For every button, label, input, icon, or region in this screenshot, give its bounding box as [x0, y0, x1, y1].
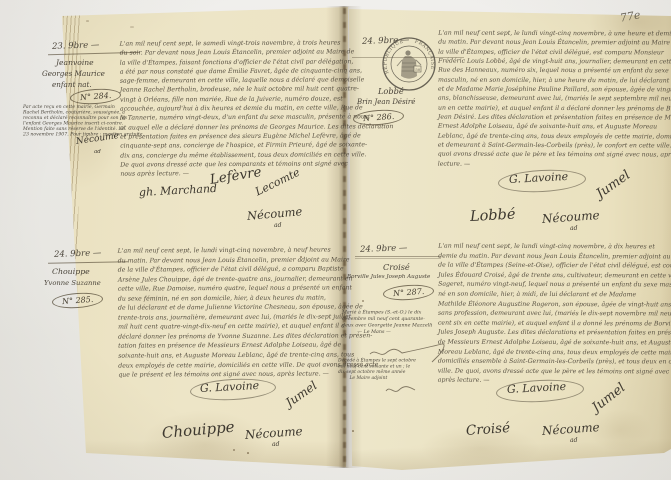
svg-text:50: 50 [415, 67, 421, 72]
pencil-mark [86, 20, 89, 22]
record-287-signature-necoume-paraph: ad [570, 437, 577, 444]
ink-speck [352, 430, 354, 432]
record-285-margin-surname: Chouippe [52, 267, 90, 276]
record-287-signature-croise: Croisé [465, 420, 510, 439]
record-284-signature-necoume-paraph: ad [274, 222, 281, 229]
page-stack-edges [57, 12, 81, 458]
record-287-margin-surname: Croisé [383, 262, 410, 272]
record-284-body-text: L'an mil neuf cent sept, le samedi vingt… [120, 38, 347, 179]
record-287-marriage-note: Marié à Étampes (S.-et-O.) le dix décemb… [342, 309, 442, 335]
record-285-margin-forenames: Yvonne Suzanne [44, 279, 101, 287]
right-page-bottom-edge-shade [352, 438, 671, 475]
ink-speck [362, 300, 364, 302]
record-284-margin-forenames: Georges Maurice [42, 69, 105, 78]
official-stamp-icon: RÉPUBLIQUE FRANÇAISE 50 [381, 36, 437, 92]
record-285-margin-date: 24. 9bre — [54, 248, 102, 260]
record-284-note-paraph: ad [94, 149, 101, 155]
record-287-margin-rule [355, 256, 441, 259]
record-286-body-text: L'an mil neuf cent sept, le lundi vingt-… [438, 29, 664, 170]
record-287-margin-forenames: Borville Jules Joseph Auguste [347, 274, 430, 280]
record-286-signature-necoume-paraph: ad [570, 225, 577, 232]
record-287-margin-date: 24. 9bre — [360, 243, 408, 255]
ink-speck [300, 256, 302, 258]
record-286-signature-lobbe: Lobbé [470, 207, 516, 225]
record-286-margin-surname: Lobbé [378, 86, 404, 96]
record-284-margin-mention: enfant nat. [52, 80, 92, 89]
record-285-body-text: L'an mil neuf cent sept, le lundi vingt-… [118, 245, 347, 380]
death-note-paraph-icon [384, 382, 418, 401]
record-286-margin-forenames: Brin Jean Désiré [357, 98, 415, 106]
record-284-margin-surname: Jeanvoine [56, 58, 94, 67]
ink-speck [247, 452, 249, 454]
record-284-margin-date: 23. 9bre — [52, 40, 100, 52]
record-287-death-note: Décédé à Étampes le sept octobre mil neu… [338, 358, 443, 381]
pencil-mark [130, 26, 134, 28]
left-page-bottom-edge-shade [80, 440, 346, 467]
record-287-body-text: L'an mil neuf cent sept, le lundi vingt-… [438, 242, 667, 387]
ink-speck [233, 449, 235, 451]
register-scan: 23. 9bre — Jeanvoine Georges Maurice enf… [0, 0, 671, 480]
record-285-signature-necoume-paraph: ad [272, 441, 279, 448]
